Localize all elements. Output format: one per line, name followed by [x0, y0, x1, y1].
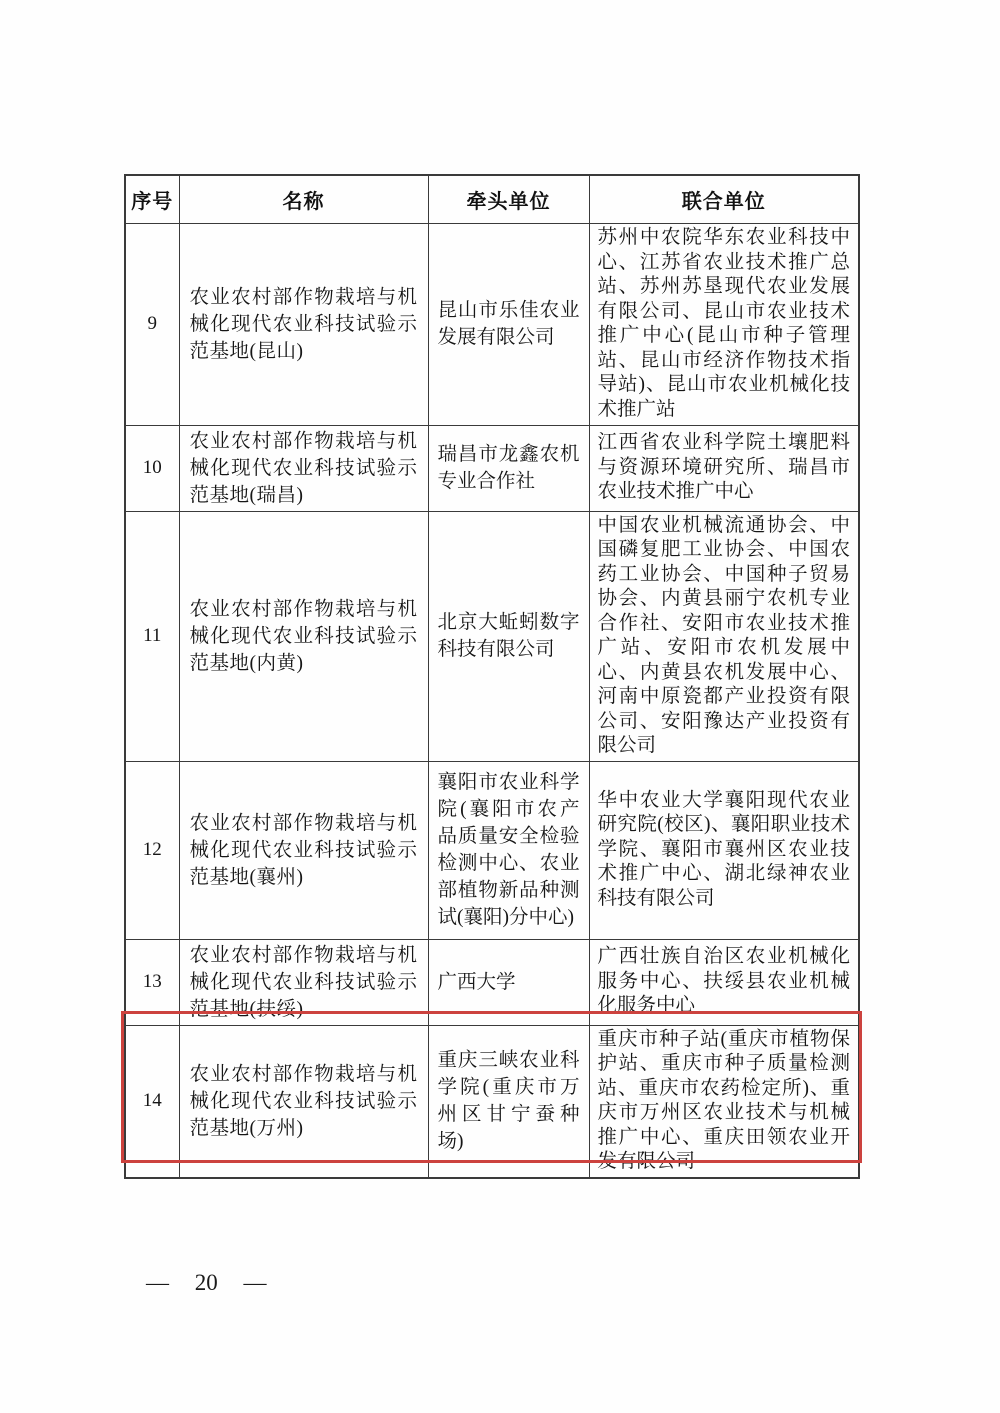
column-header-name: 名称: [179, 175, 428, 223]
row-no: 11: [125, 511, 179, 761]
row-lead-unit: 昆山市乐佳农业发展有限公司: [428, 223, 589, 425]
table-row: 9 农业农村部作物栽培与机械化现代农业科技试验示范基地(昆山) 昆山市乐佳农业发…: [125, 223, 859, 425]
row-name: 农业农村部作物栽培与机械化现代农业科技试验示范基地(扶绥): [179, 939, 428, 1025]
base-list-table: 序号 名称 牵头单位 联合单位 9 农业农村部作物栽培与机械化现代农业科技试验示…: [124, 174, 860, 1179]
row-name: 农业农村部作物栽培与机械化现代农业科技试验示范基地(瑞昌): [179, 425, 428, 511]
column-header-no: 序号: [125, 175, 179, 223]
row-joint-units: 华中农业大学襄阳现代农业研究院(校区)、襄阳职业技术学院、襄阳市襄州区农业技术推…: [589, 761, 859, 939]
row-no: 14: [125, 1025, 179, 1178]
row-no: 10: [125, 425, 179, 511]
document-page: 序号 名称 牵头单位 联合单位 9 农业农村部作物栽培与机械化现代农业科技试验示…: [0, 0, 1000, 1413]
column-header-lead-unit: 牵头单位: [428, 175, 589, 223]
table-row-highlighted: 14 农业农村部作物栽培与机械化现代农业科技试验示范基地(万州) 重庆三峡农业科…: [125, 1025, 859, 1178]
row-lead-unit: 北京大蚯蚓数字科技有限公司: [428, 511, 589, 761]
page-number: — 20 —: [146, 1270, 267, 1296]
column-header-joint-units: 联合单位: [589, 175, 859, 223]
table-row: 13 农业农村部作物栽培与机械化现代农业科技试验示范基地(扶绥) 广西大学 广西…: [125, 939, 859, 1025]
table-header-row: 序号 名称 牵头单位 联合单位: [125, 175, 859, 223]
row-joint-units: 江西省农业科学院土壤肥料与资源环境研究所、瑞昌市农业技术推广中心: [589, 425, 859, 511]
table-row: 10 农业农村部作物栽培与机械化现代农业科技试验示范基地(瑞昌) 瑞昌市龙鑫农机…: [125, 425, 859, 511]
row-joint-units: 广西壮族自治区农业机械化服务中心、扶绥县农业机械化服务中心: [589, 939, 859, 1025]
row-joint-units: 中国农业机械流通协会、中国磷复肥工业协会、中国农药工业协会、中国种子贸易协会、内…: [589, 511, 859, 761]
row-no: 12: [125, 761, 179, 939]
row-lead-unit: 襄阳市农业科学院(襄阳市农产品质量安全检验检测中心、农业部植物新品种测试(襄阳)…: [428, 761, 589, 939]
row-no: 9: [125, 223, 179, 425]
row-name: 农业农村部作物栽培与机械化现代农业科技试验示范基地(襄州): [179, 761, 428, 939]
table-row: 11 农业农村部作物栽培与机械化现代农业科技试验示范基地(内黄) 北京大蚯蚓数字…: [125, 511, 859, 761]
row-lead-unit: 广西大学: [428, 939, 589, 1025]
table-row: 12 农业农村部作物栽培与机械化现代农业科技试验示范基地(襄州) 襄阳市农业科学…: [125, 761, 859, 939]
row-no: 13: [125, 939, 179, 1025]
row-lead-unit: 瑞昌市龙鑫农机专业合作社: [428, 425, 589, 511]
row-name: 农业农村部作物栽培与机械化现代农业科技试验示范基地(昆山): [179, 223, 428, 425]
row-name: 农业农村部作物栽培与机械化现代农业科技试验示范基地(万州): [179, 1025, 428, 1178]
row-joint-units: 苏州中农院华东农业科技中心、江苏省农业技术推广总站、苏州苏垦现代农业发展有限公司…: [589, 223, 859, 425]
row-lead-unit: 重庆三峡农业科学院(重庆市万州区甘宁蚕种场): [428, 1025, 589, 1178]
row-joint-units: 重庆市种子站(重庆市植物保护站、重庆市种子质量检测站、重庆市农药检定所)、重庆市…: [589, 1025, 859, 1178]
row-name: 农业农村部作物栽培与机械化现代农业科技试验示范基地(内黄): [179, 511, 428, 761]
